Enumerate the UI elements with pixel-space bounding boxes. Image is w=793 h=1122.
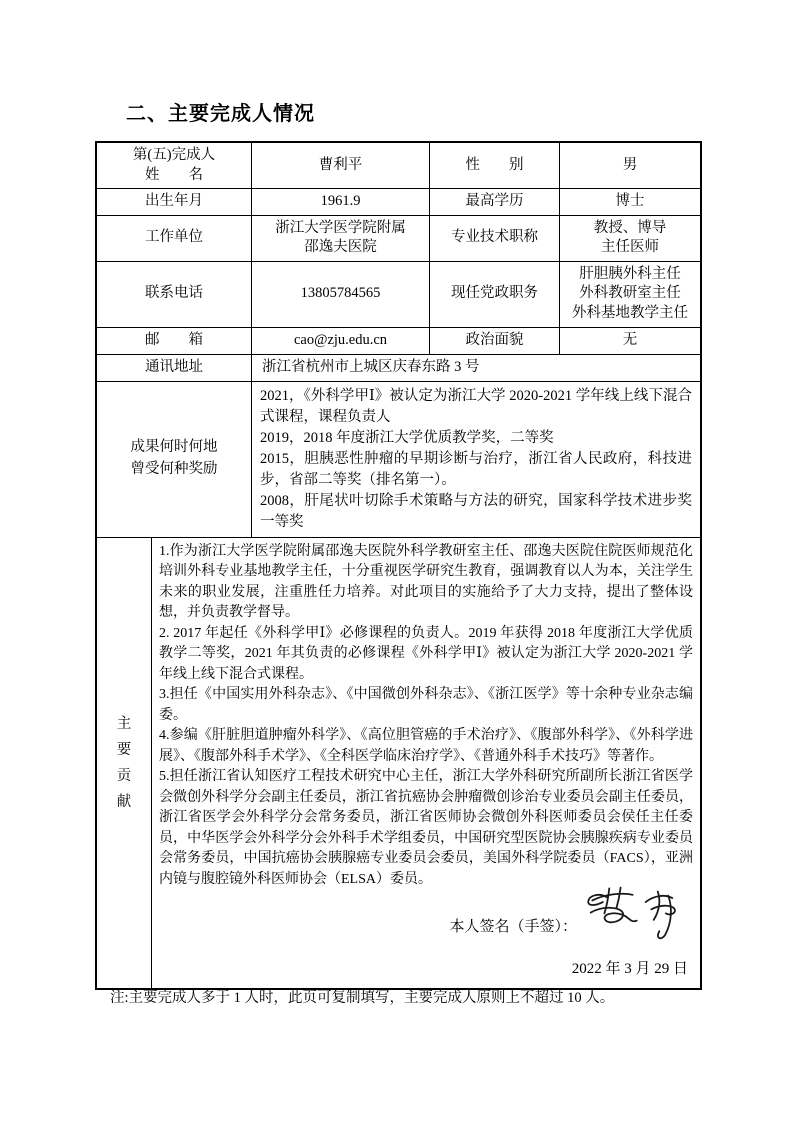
label-awards: 成果何时何地 曾受何种奖励 (97, 382, 252, 537)
label-mailing-address: 通讯地址 (97, 355, 252, 381)
signature-row: 本人签名（手签）： (449, 910, 686, 946)
table-row-workunit-title: 工作单位 浙江大学医学院附属 邵逸夫医院 专业技术职称 教授、博导 主任医师 (97, 216, 700, 262)
label-political-status: 政治面貌 (430, 328, 560, 354)
award-line: 2008，肝尾状叶切除手术策略与方法的研究，国家科学技术进步奖一等奖 (260, 491, 692, 533)
value-birth-date: 1961.9 (252, 189, 430, 215)
awards-lines: 2021，《外科学甲Ⅰ》被认定为浙江大学 2020-2021 学年线上线下混合式… (260, 386, 692, 533)
value-gender: 男 (560, 143, 700, 188)
award-line: 2019，2018 年度浙江大学优质教学奖，二等奖 (260, 428, 692, 449)
footnote: 注:主要完成人多于 1 人时，此页可复制填写，主要完成人原则上不超过 10 人。 (110, 986, 614, 1007)
contribution-paragraph: 1.作为浙江大学医学院附属邵逸夫医院外科学教研室主任、邵逸夫医院住院医师规范化培… (159, 542, 693, 624)
label-email: 邮 箱 (97, 328, 252, 354)
table-row-address: 通讯地址 浙江省杭州市上城区庆春东路 3 号 (97, 355, 700, 382)
page-title: 二、主要完成人情况 (126, 97, 315, 126)
contributions-content: 1.作为浙江大学医学院附属邵逸夫医院外科学教研室主任、邵逸夫医院住院医师规范化培… (152, 538, 700, 988)
table-row-email-political: 邮 箱 cao@zju.edu.cn 政治面貌 无 (97, 328, 700, 355)
value-email: cao@zju.edu.cn (252, 328, 430, 354)
award-line: 2021，《外科学甲Ⅰ》被认定为浙江大学 2020-2021 学年线上线下混合式… (260, 386, 692, 428)
label-gender: 性 别 (430, 143, 560, 188)
contribution-paragraph: 3.担任《中国实用外科杂志》、《中国微创外科杂志》、《浙江医学》等十余种专业杂志… (159, 685, 693, 726)
label-current-position: 现任党政职务 (430, 262, 560, 327)
contribution-paragraph: 4.参编《肝脏胆道肿瘤外科学》、《高位胆管癌的手术治疗》、《腹部外科学》、《外科… (159, 726, 693, 767)
value-contact-phone: 13805784565 (252, 262, 430, 327)
value-current-position: 肝胆胰外科主任 外科教研室主任 外科基地教学主任 (560, 262, 700, 327)
completer-info-table: 第(五)完成人 姓 名 曹利平 性 别 男 出生年月 1961.9 最高学历 博… (95, 141, 702, 990)
label-professional-title: 专业技术职称 (430, 216, 560, 261)
table-row-name-gender: 第(五)完成人 姓 名 曹利平 性 别 男 (97, 143, 700, 189)
contribution-paragraph: 2. 2017 年起任《外科学甲Ⅰ》必修课程的负责人。2019 年获得 2018… (159, 624, 693, 686)
table-row-contributions: 主要贡献 1.作为浙江大学医学院附属邵逸夫医院外科学教研室主任、邵逸夫医院住院医… (97, 538, 700, 988)
label-work-unit: 工作单位 (97, 216, 252, 261)
label-main-contributions: 主要贡献 (97, 538, 152, 988)
label-birth-date: 出生年月 (97, 189, 252, 215)
value-professional-title: 教授、博导 主任医师 (560, 216, 700, 261)
value-mailing-address: 浙江省杭州市上城区庆春东路 3 号 (252, 355, 700, 381)
value-work-unit: 浙江大学医学院附属 邵逸夫医院 (252, 216, 430, 261)
handwritten-signature-image (581, 884, 686, 946)
table-row-awards: 成果何时何地 曾受何种奖励 2021，《外科学甲Ⅰ》被认定为浙江大学 2020-… (97, 382, 700, 538)
value-political-status: 无 (560, 328, 700, 354)
awards-content: 2021，《外科学甲Ⅰ》被认定为浙江大学 2020-2021 学年线上线下混合式… (252, 382, 700, 537)
label-completer-name: 第(五)完成人 姓 名 (97, 143, 252, 188)
label-highest-degree: 最高学历 (430, 189, 560, 215)
table-row-phone-position: 联系电话 13805784565 现任党政职务 肝胆胰外科主任 外科教研室主任 … (97, 262, 700, 328)
table-row-birth-education: 出生年月 1961.9 最高学历 博士 (97, 189, 700, 216)
document-page: 二、主要完成人情况 第(五)完成人 姓 名 曹利平 性 别 男 出生年月 196… (0, 0, 793, 1122)
award-line: 2015，胆胰恶性肿瘤的早期诊断与治疗，浙江省人民政府，科技进步，省部二等奖（排… (260, 449, 692, 491)
main-contributions-vertical-label: 主要贡献 (116, 711, 133, 815)
signature-date: 2022 年 3 月 29 日 (572, 959, 688, 979)
signature-label: 本人签名（手签）： (449, 917, 577, 937)
value-highest-degree: 博士 (560, 189, 700, 215)
value-completer-name: 曹利平 (252, 143, 430, 188)
label-contact-phone: 联系电话 (97, 262, 252, 327)
contribution-paragraph: 5.担任浙江省认知医疗工程技术研究中心主任，浙江大学外科研究所副所长浙江省医学会… (159, 767, 693, 890)
